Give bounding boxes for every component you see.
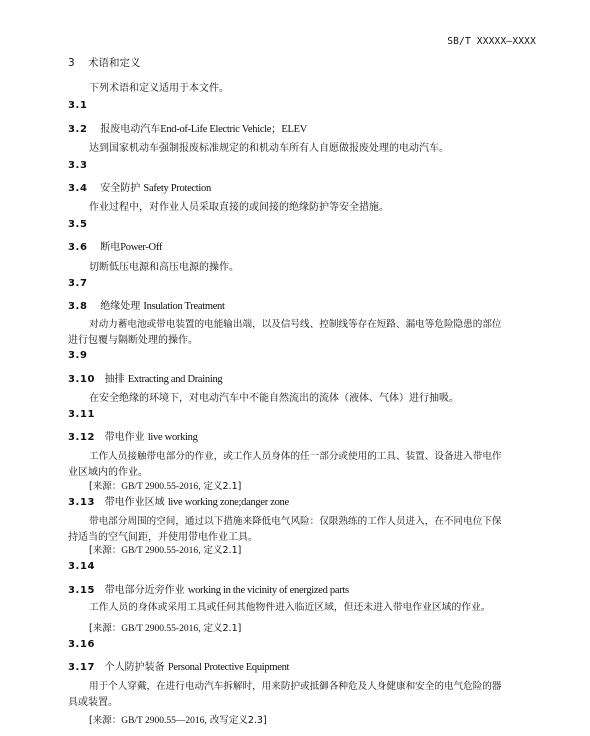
document-code-header: SB/T XXXXX—XXXX [447, 36, 536, 47]
section-title: 术语和定义 [88, 57, 141, 69]
term-number: 3.7 [68, 278, 88, 289]
term-en: working in the vicinity of energized par… [188, 585, 349, 596]
term-definition-line: 业区域内的作业。 [68, 463, 148, 478]
term-number: 3.14 [68, 561, 95, 572]
term-en: Safety Protection [143, 183, 211, 194]
term-definition: 工作人员的身体或采用工具或任何其他物件进入临近区域，但还未进入带电作业区域的作业… [89, 599, 491, 613]
term-number: 3.1 [68, 100, 88, 111]
term-number: 3.9 [68, 350, 88, 361]
term-source: [来源：GB/T 2900.55-2016, 定义2.1] [89, 620, 241, 634]
term-number: 3.13 [68, 497, 95, 508]
term-definition-line: 工作人员接触带电部分的作业，或工作人员身体的任一部分或使用的工具、装置、设备进入… [89, 448, 502, 462]
term-number: 3.2 [68, 124, 88, 135]
term-heading: 3.2 报废电动汽车End-of-Life Electric Vehicle；E… [68, 120, 307, 136]
term-number: 3.4 [68, 183, 88, 194]
term-number: 3.16 [68, 639, 95, 650]
term-zh: 个人防护装备 [105, 662, 165, 673]
term-definition-line: 对动力蓄电池或带电装置的电能输出端，以及信号线、控制线等存在短路、漏电等危险隐患… [89, 316, 502, 330]
term-zh: 带电部分近旁作业 [105, 585, 185, 596]
section-intro: 下列术语和定义适用于本文件。 [89, 79, 229, 94]
term-heading: 3.8 绝缘处理 Insulation Treatment [68, 297, 225, 312]
section-heading: 3 术语和定义 [68, 55, 141, 70]
term-zh: 报废电动汽车 [100, 124, 160, 135]
term-definition-line: 具或装置。 [68, 693, 118, 708]
term-definition: 在安全绝缘的环境下，对电动汽车中不能自然流出的流体（液体、气体）进行抽吸。 [89, 389, 459, 404]
term-en: live working [148, 432, 198, 443]
term-zh: 带电作业区域 [105, 497, 165, 508]
term-heading: 3.4 安全防护 Safety Protection [68, 179, 211, 194]
term-en: Personal Protective Equipment [168, 662, 289, 673]
term-en: live working zone;danger zone [168, 497, 289, 508]
term-zh: 安全防护 [100, 183, 140, 194]
section-number: 3 [68, 57, 75, 69]
term-zh: 带电作业 [105, 432, 145, 443]
term-en: Extracting and Draining [128, 374, 223, 385]
term-number: 3.15 [68, 585, 95, 596]
term-zh: 绝缘处理 [100, 301, 140, 312]
term-definition-line: 持适当的空气间距，并使用带电作业工具。 [68, 528, 258, 543]
term-definition: 作业过程中，对作业人员采取直接的或间接的绝缘防护等安全措施。 [89, 198, 389, 213]
term-heading: 3.13 带电作业区域 live working zone;danger zon… [68, 493, 289, 508]
term-definition-line: 用于个人穿戴，在进行电动汽车拆解时，用来防护或抵御各种危及人身健康和安全的电气危… [89, 678, 502, 692]
term-en: Power-Off [120, 242, 162, 253]
term-number: 3.5 [68, 219, 88, 230]
term-number: 3.11 [68, 409, 95, 420]
term-source: [来源：GB/T 2900.55-2016, 定义2.1] [89, 478, 241, 492]
term-definition: 达到国家机动车强制报废标准规定的和机动车所有人自愿做报废处理的电动汽车。 [89, 139, 449, 154]
term-number: 3.12 [68, 432, 95, 443]
term-heading: 3.10 抽排 Extracting and Draining [68, 370, 222, 385]
term-definition-line: 带电部分周围的空间，通过以下措施来降低电气风险：仅限熟练的工作人员进入，在不同电… [89, 513, 502, 527]
term-number: 3.17 [68, 662, 95, 673]
term-number: 3.10 [68, 374, 95, 385]
term-heading: 3.15 带电部分近旁作业 working in the vicinity of… [68, 581, 349, 596]
term-heading: 3.12 带电作业 live working [68, 428, 198, 443]
term-number: 3.6 [68, 242, 88, 253]
term-en: End-of-Life Electric Vehicle；ELEV [160, 124, 307, 135]
term-definition-line: 进行包覆与隔断处理的操作。 [68, 331, 198, 346]
term-number: 3.3 [68, 160, 88, 171]
term-source: [来源：GB/T 2900.55—2016, 改写定义2.3] [89, 712, 267, 726]
term-number: 3.8 [68, 301, 88, 312]
term-zh: 抽排 [105, 374, 125, 385]
term-en: Insulation Treatment [143, 301, 224, 312]
term-heading: 3.17 个人防护装备 Personal Protective Equipmen… [68, 658, 289, 673]
term-definition: 切断低压电源和高压电源的操作。 [89, 258, 239, 273]
term-zh: 断电 [100, 242, 120, 253]
term-heading: 3.6 断电Power-Off [68, 238, 162, 253]
term-source: [来源：GB/T 2900.55-2016, 定义2.1] [89, 542, 241, 556]
